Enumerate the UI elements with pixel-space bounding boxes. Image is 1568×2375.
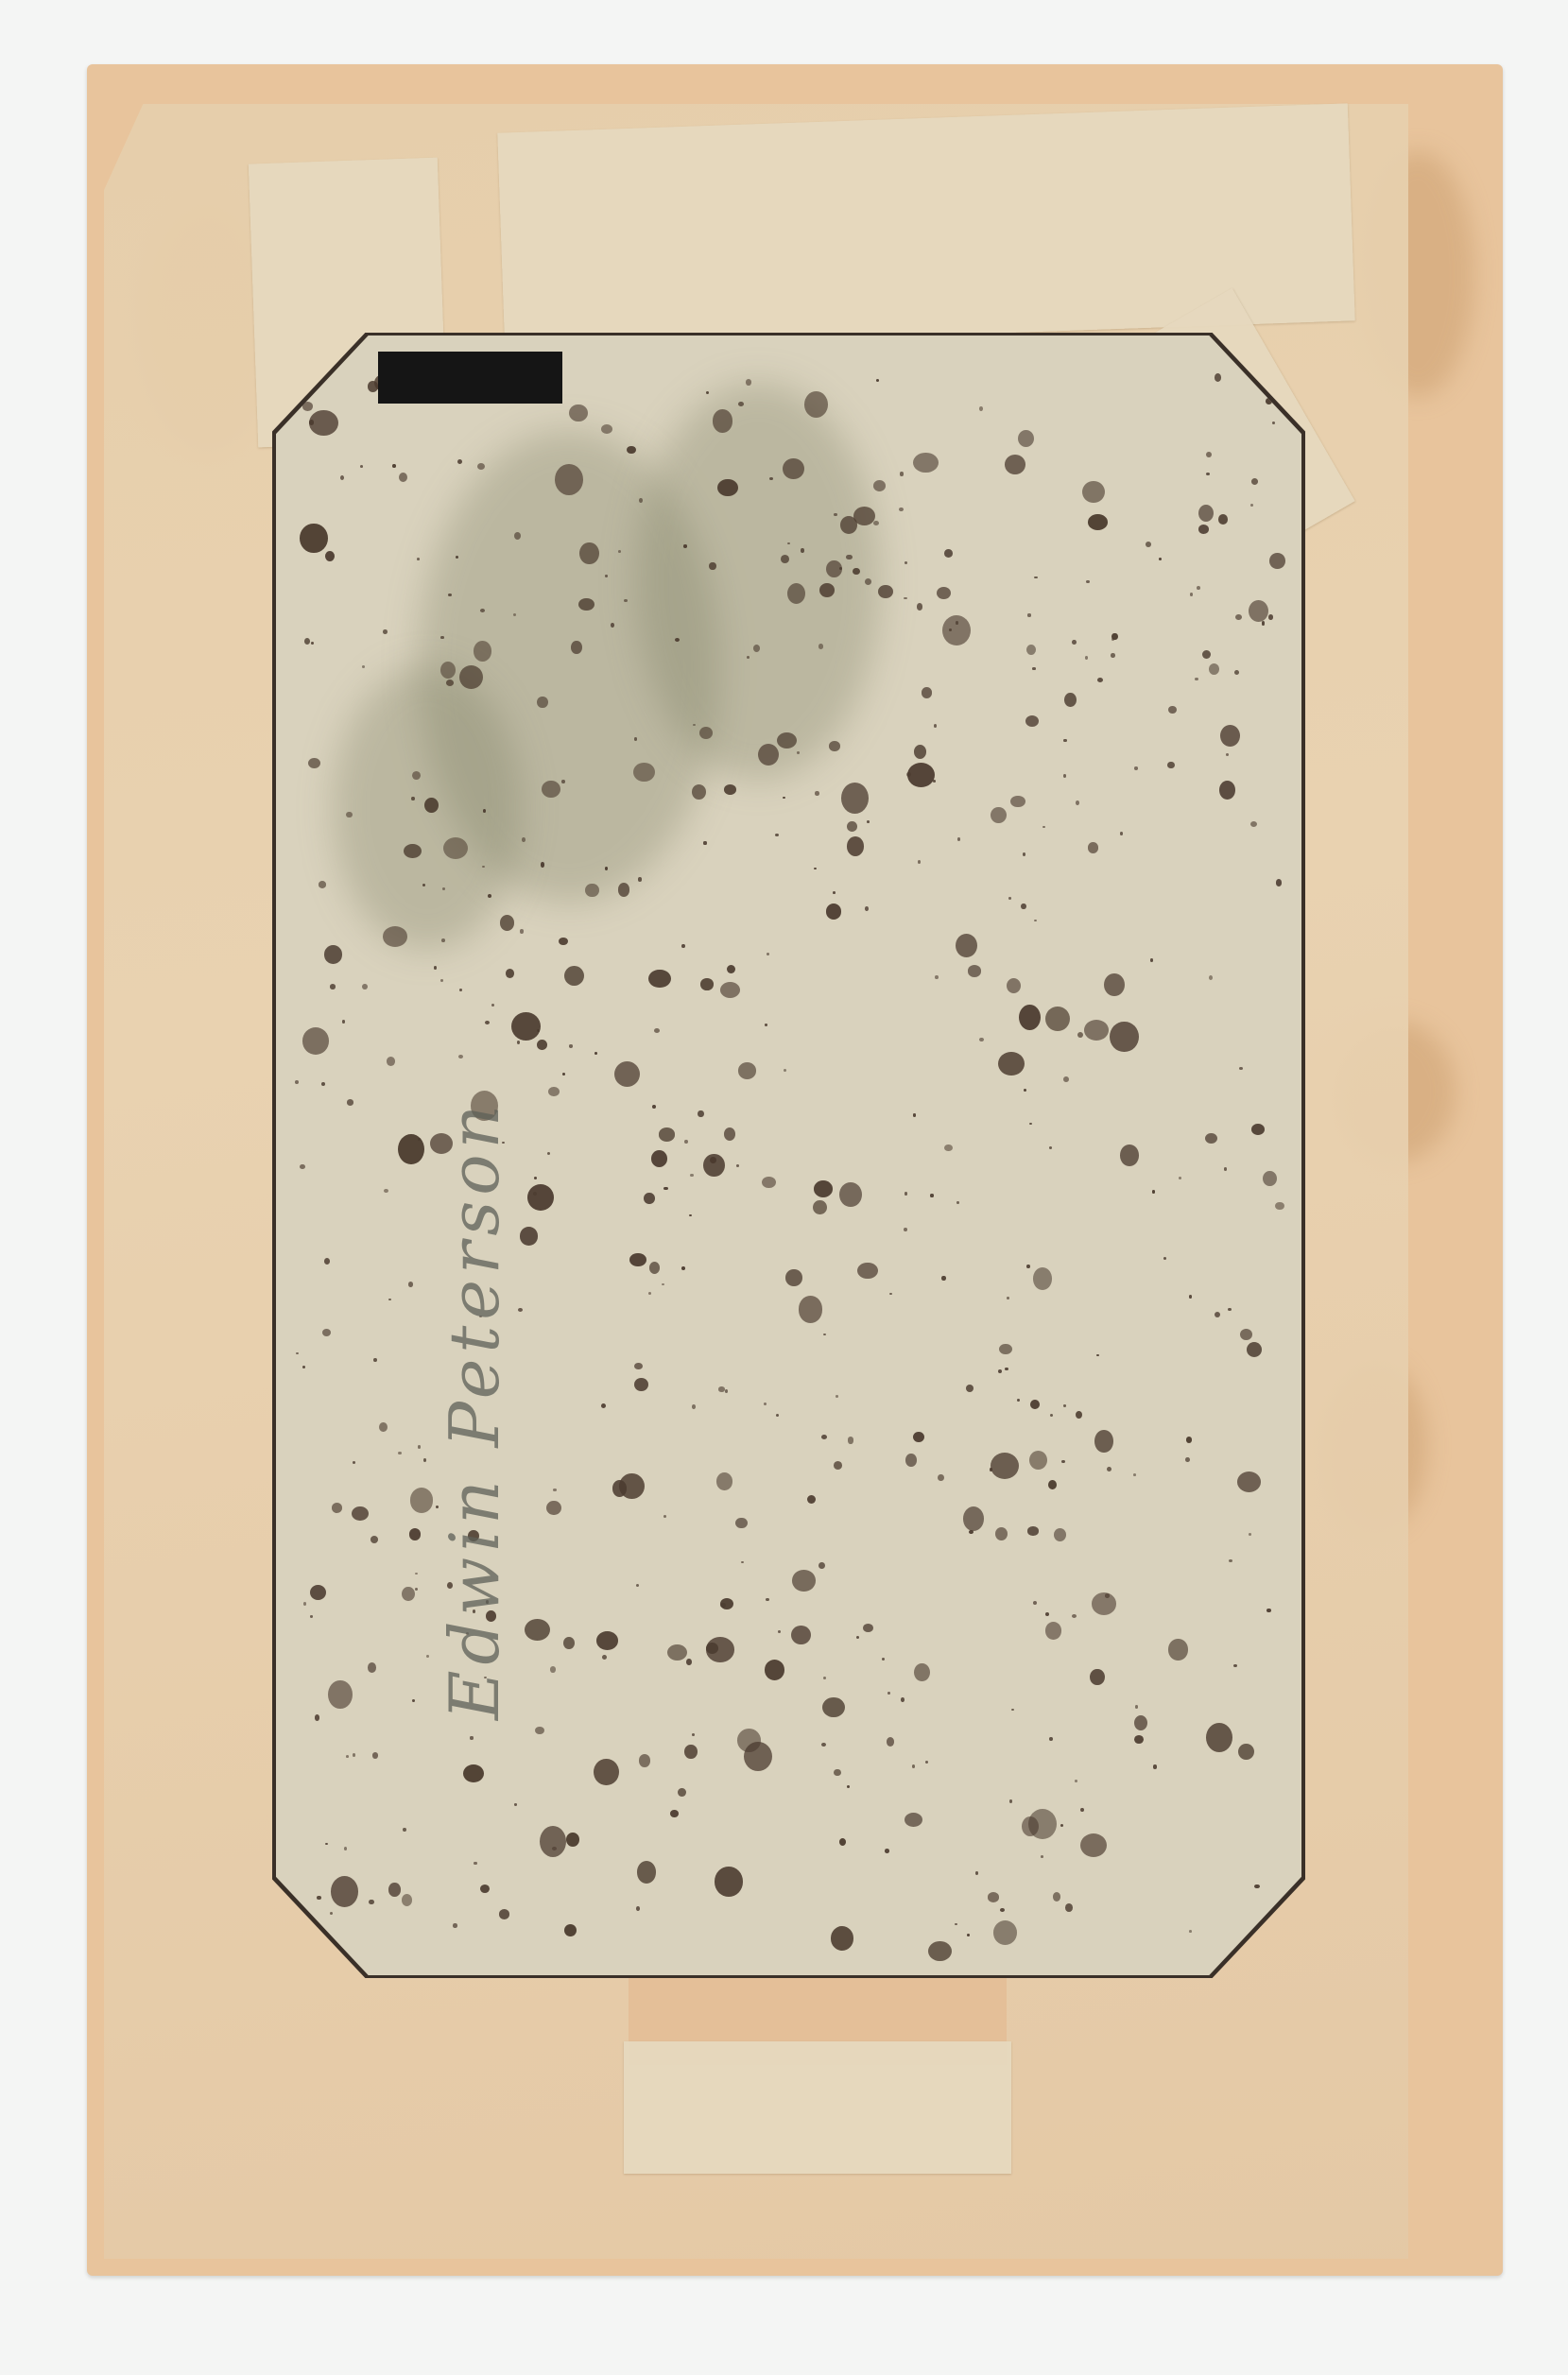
- foxing-spot: [1045, 1622, 1061, 1640]
- foxing-spot: [857, 1263, 878, 1280]
- foxing-spot: [1033, 1267, 1052, 1289]
- foxing-spot: [1150, 958, 1153, 961]
- foxing-spot: [663, 1187, 667, 1191]
- foxing-spot: [819, 583, 835, 597]
- foxing-spot: [670, 1810, 679, 1817]
- foxing-spot: [1186, 1437, 1192, 1442]
- tape-strip-bottom: [624, 2041, 1011, 2174]
- foxing-spot: [1026, 1265, 1029, 1268]
- foxing-spot: [404, 844, 421, 858]
- foxing-spot: [1063, 1076, 1069, 1082]
- photo-back: [276, 336, 1301, 1975]
- foxing-spot: [569, 1044, 573, 1047]
- foxing-spot: [686, 1659, 692, 1665]
- foxing-spot: [518, 1308, 523, 1312]
- foxing-spot: [562, 1073, 565, 1076]
- foxing-spot: [762, 1177, 777, 1189]
- foxing-spot: [1198, 505, 1214, 522]
- foxing-spot: [605, 575, 608, 577]
- foxing-spot: [1063, 774, 1066, 778]
- foxing-spot: [1034, 577, 1037, 579]
- foxing-spot: [922, 687, 933, 697]
- foxing-spot: [654, 1028, 660, 1033]
- foxing-spot: [1249, 600, 1268, 622]
- foxing-spot: [787, 583, 805, 604]
- foxing-spot: [834, 1461, 842, 1470]
- foxing-spot: [638, 877, 643, 882]
- foxing-spot: [410, 1488, 433, 1512]
- foxing-spot: [758, 744, 779, 766]
- foxing-spot: [325, 551, 335, 561]
- foxing-spot: [663, 1515, 666, 1518]
- foxing-spot: [324, 1258, 330, 1265]
- foxing-spot: [717, 479, 738, 497]
- foxing-spot: [737, 1729, 761, 1752]
- foxing-spot: [767, 953, 769, 955]
- foxing-spot: [308, 758, 320, 768]
- foxing-spot: [703, 841, 706, 844]
- foxing-spot: [905, 1813, 922, 1827]
- foxing-spot: [520, 1227, 539, 1246]
- foxing-spot: [942, 615, 971, 645]
- foxing-spot: [340, 475, 344, 480]
- foxing-spot: [569, 404, 588, 422]
- foxing-spot: [614, 1061, 640, 1087]
- foxing-spot: [876, 379, 880, 382]
- foxing-spot: [563, 1637, 575, 1649]
- foxing-spot: [1054, 1528, 1066, 1541]
- foxing-spot: [537, 697, 547, 708]
- foxing-spot: [930, 1194, 934, 1196]
- foxing-spot: [463, 1764, 485, 1783]
- foxing-spot: [957, 837, 960, 841]
- foxing-spot: [506, 969, 514, 978]
- foxing-spot: [1239, 1067, 1243, 1070]
- foxing-spot: [398, 1134, 424, 1164]
- foxing-spot: [1076, 800, 1080, 805]
- foxing-spot: [1092, 1592, 1116, 1615]
- foxing-spot: [1189, 1930, 1192, 1933]
- foxing-spot: [783, 458, 803, 479]
- foxing-spot: [418, 1445, 421, 1448]
- foxing-spot: [899, 508, 903, 511]
- foxing-spot: [792, 1570, 816, 1592]
- foxing-spot: [1005, 1368, 1008, 1370]
- foxing-spot: [814, 1180, 834, 1197]
- foxing-spot: [372, 1752, 379, 1759]
- foxing-spot: [1084, 1020, 1110, 1041]
- foxing-spot: [412, 1699, 415, 1702]
- foxing-spot: [403, 1828, 406, 1832]
- foxing-spot: [905, 1192, 907, 1196]
- foxing-spot: [300, 1164, 305, 1169]
- foxing-spot: [1076, 1411, 1082, 1419]
- foxing-spot: [388, 1883, 401, 1896]
- foxing-spot: [457, 459, 462, 464]
- foxing-spot: [1235, 614, 1242, 620]
- foxing-spot: [815, 791, 818, 795]
- foxing-spot: [1045, 1612, 1049, 1616]
- foxing-spot: [511, 1012, 541, 1041]
- foxing-spot: [867, 820, 870, 823]
- foxing-spot: [1085, 656, 1088, 659]
- foxing-spot: [1251, 478, 1258, 485]
- foxing-spot: [775, 834, 779, 836]
- foxing-spot: [692, 1404, 696, 1409]
- foxing-spot: [847, 1785, 850, 1788]
- foxing-spot: [741, 1561, 744, 1564]
- foxing-spot: [368, 1662, 376, 1673]
- foxing-spot: [829, 741, 840, 750]
- foxing-spot: [1027, 613, 1031, 616]
- foxing-spot: [648, 970, 671, 989]
- foxing-spot: [547, 1152, 550, 1155]
- foxing-spot: [1238, 1744, 1254, 1761]
- foxing-spot: [944, 549, 953, 558]
- foxing-spot: [1086, 580, 1089, 583]
- foxing-spot: [1088, 514, 1108, 530]
- foxing-spot: [1075, 1780, 1077, 1782]
- foxing-spot: [1097, 678, 1103, 682]
- foxing-spot: [571, 641, 581, 654]
- foxing-spot: [979, 406, 983, 411]
- foxing-spot: [409, 1528, 421, 1540]
- foxing-spot: [1064, 693, 1077, 707]
- foxing-spot: [384, 1189, 388, 1193]
- foxing-spot: [373, 1358, 377, 1362]
- foxing-spot: [822, 1697, 845, 1718]
- foxing-spot: [310, 1615, 313, 1617]
- foxing-spot: [1263, 1171, 1277, 1187]
- foxing-spot: [388, 1299, 391, 1301]
- foxing-spot: [1030, 1400, 1040, 1409]
- foxing-spot: [720, 1603, 726, 1608]
- foxing-spot: [1096, 1354, 1099, 1357]
- foxing-spot: [681, 944, 684, 948]
- foxing-spot: [678, 1788, 686, 1798]
- foxing-spot: [873, 521, 879, 525]
- foxing-spot: [934, 724, 937, 728]
- foxing-spot: [392, 464, 395, 468]
- pencil-inscription: Edwin Peterson: [435, 586, 491, 1720]
- foxing-spot: [415, 1588, 418, 1592]
- foxing-spot: [594, 1052, 597, 1055]
- foxing-spot: [873, 480, 886, 491]
- foxing-spot: [353, 1753, 355, 1757]
- foxing-spot: [423, 1458, 426, 1461]
- foxing-spot: [652, 1105, 656, 1109]
- foxing-spot: [913, 1432, 924, 1442]
- foxing-spot: [865, 906, 869, 911]
- foxing-spot: [979, 1038, 983, 1041]
- foxing-spot: [325, 1843, 328, 1846]
- foxing-spot: [310, 1585, 326, 1600]
- foxing-spot: [319, 881, 326, 887]
- foxing-spot: [1233, 1664, 1237, 1668]
- foxing-spot: [988, 1892, 999, 1902]
- foxing-spot: [527, 1184, 554, 1211]
- foxing-spot: [991, 1453, 1019, 1479]
- foxing-spot: [684, 1745, 697, 1759]
- foxing-spot: [823, 1677, 826, 1679]
- foxing-spot: [1077, 1032, 1083, 1038]
- foxing-spot: [684, 1140, 688, 1144]
- foxing-spot: [913, 1113, 917, 1116]
- foxing-spot: [634, 1363, 643, 1369]
- foxing-spot: [1088, 842, 1099, 853]
- foxing-spot: [330, 984, 336, 990]
- foxing-spot: [362, 665, 365, 668]
- foxing-spot: [1168, 706, 1177, 714]
- foxing-spot: [801, 548, 804, 552]
- foxing-spot: [904, 1228, 907, 1231]
- foxing-spot: [914, 1663, 930, 1682]
- foxing-spot: [724, 784, 736, 795]
- foxing-spot: [304, 638, 310, 645]
- foxing-spot: [853, 568, 860, 575]
- foxing-spot: [629, 1253, 646, 1266]
- foxing-spot: [328, 1680, 353, 1710]
- foxing-spot: [296, 1352, 299, 1355]
- foxing-spot: [839, 1838, 846, 1846]
- foxing-spot: [1234, 670, 1239, 675]
- foxing-spot: [1262, 621, 1266, 625]
- foxing-spot: [1028, 1809, 1057, 1839]
- foxing-spot: [315, 1714, 320, 1721]
- foxing-spot: [480, 1885, 490, 1893]
- foxing-spot: [1209, 975, 1213, 980]
- foxing-spot: [791, 1626, 811, 1644]
- foxing-spot: [692, 1733, 695, 1736]
- foxing-spot: [938, 1474, 944, 1481]
- foxing-spot: [402, 1587, 415, 1601]
- foxing-spot: [302, 1027, 329, 1055]
- foxing-spot: [709, 562, 715, 570]
- foxing-spot: [1206, 452, 1212, 457]
- foxing-spot: [1197, 586, 1200, 590]
- foxing-spot: [955, 1923, 957, 1926]
- foxing-spot: [706, 391, 709, 394]
- foxing-spot: [963, 1506, 984, 1531]
- foxing-spot: [1104, 973, 1125, 996]
- foxing-spot: [690, 1174, 693, 1177]
- foxing-spot: [470, 1736, 473, 1739]
- foxing-spot: [564, 1924, 577, 1937]
- foxing-spot: [700, 978, 713, 990]
- foxing-spot: [370, 1536, 378, 1543]
- foxing-spot: [834, 1769, 840, 1776]
- foxing-spot: [692, 784, 707, 800]
- foxing-spot: [1094, 1430, 1113, 1452]
- foxing-spot: [1134, 766, 1138, 769]
- foxing-spot: [956, 1201, 959, 1205]
- foxing-spot: [1226, 753, 1229, 756]
- foxing-spot: [1250, 821, 1257, 827]
- foxing-spot: [383, 629, 388, 634]
- foxing-spot: [1218, 514, 1228, 525]
- foxing-spot: [944, 1144, 953, 1151]
- foxing-spot: [585, 884, 599, 898]
- foxing-spot: [1065, 1903, 1073, 1912]
- foxing-spot: [966, 1385, 974, 1392]
- foxing-spot: [402, 1894, 412, 1906]
- foxing-spot: [500, 915, 514, 931]
- foxing-spot: [1266, 1609, 1270, 1612]
- foxing-spot: [542, 781, 560, 798]
- foxing-spot: [1026, 645, 1036, 655]
- foxing-spot: [928, 1941, 952, 1961]
- foxing-spot: [342, 1020, 345, 1023]
- foxing-spot: [1032, 667, 1035, 670]
- foxing-spot: [1134, 1715, 1147, 1730]
- foxing-spot: [1249, 1533, 1251, 1536]
- foxing-spot: [662, 1283, 664, 1285]
- foxing-spot: [747, 656, 750, 659]
- foxing-spot: [1029, 1451, 1047, 1470]
- foxing-spot: [804, 391, 828, 418]
- foxing-spot: [520, 929, 524, 933]
- foxing-spot: [535, 1727, 544, 1734]
- foxing-spot: [913, 453, 939, 473]
- foxing-spot: [826, 904, 841, 919]
- foxing-spot: [1000, 1908, 1005, 1912]
- foxing-spot: [594, 1759, 619, 1786]
- foxing-spot: [1033, 1601, 1038, 1606]
- foxing-spot: [1206, 1723, 1232, 1752]
- foxing-spot: [453, 1923, 457, 1927]
- foxing-spot: [344, 1847, 347, 1850]
- foxing-spot: [636, 1906, 640, 1911]
- foxing-spot: [387, 1057, 395, 1066]
- foxing-spot: [1198, 525, 1209, 534]
- foxing-spot: [546, 1501, 561, 1515]
- foxing-spot: [566, 1833, 579, 1847]
- foxing-spot: [706, 1643, 718, 1654]
- foxing-spot: [1025, 715, 1039, 727]
- foxing-spot: [1202, 650, 1211, 660]
- foxing-spot: [720, 982, 740, 998]
- foxing-spot: [840, 516, 857, 534]
- foxing-spot: [322, 1329, 331, 1336]
- foxing-spot: [1072, 640, 1077, 645]
- foxing-spot: [417, 558, 421, 560]
- foxing-spot: [324, 945, 343, 964]
- foxing-spot: [456, 556, 458, 559]
- foxing-spot: [633, 763, 655, 782]
- foxing-spot: [1224, 1167, 1227, 1170]
- foxing-spot: [1185, 1457, 1190, 1462]
- foxing-spot: [360, 465, 364, 469]
- foxing-spot: [856, 1636, 859, 1639]
- foxing-spot: [540, 1826, 566, 1857]
- foxing-spot: [807, 1495, 816, 1505]
- foxing-spot: [295, 1080, 299, 1084]
- foxing-spot: [1153, 1764, 1157, 1769]
- foxing-spot: [914, 745, 926, 759]
- foxing-spot: [346, 1755, 349, 1758]
- foxing-spot: [651, 1150, 667, 1167]
- foxing-spot: [821, 1435, 827, 1439]
- foxing-spot: [1110, 1022, 1138, 1052]
- foxing-spot: [681, 1266, 685, 1270]
- water-stain: [635, 383, 881, 780]
- foxing-spot: [765, 1024, 767, 1025]
- foxing-spot: [601, 424, 612, 434]
- foxing-spot: [1011, 1709, 1014, 1711]
- foxing-spot: [634, 737, 638, 741]
- foxing-spot: [785, 1269, 802, 1285]
- foxing-spot: [379, 1422, 388, 1432]
- foxing-spot: [596, 1631, 619, 1650]
- foxing-spot: [303, 1602, 306, 1605]
- foxing-spot: [918, 860, 921, 864]
- foxing-spot: [1009, 1799, 1012, 1803]
- foxing-spot: [781, 555, 789, 563]
- foxing-spot: [941, 1276, 945, 1281]
- foxing-spot: [418, 1138, 421, 1141]
- foxing-spot: [715, 1867, 743, 1896]
- foxing-spot: [648, 1292, 651, 1295]
- foxing-spot: [411, 797, 414, 800]
- foxing-spot: [1269, 553, 1285, 568]
- foxing-spot: [968, 965, 982, 976]
- foxing-spot: [998, 1369, 1002, 1373]
- foxing-spot: [1107, 1467, 1111, 1471]
- foxing-spot: [362, 984, 368, 990]
- foxing-spot: [1029, 1123, 1032, 1126]
- foxing-spot: [1167, 762, 1175, 768]
- foxing-spot: [1215, 373, 1221, 381]
- foxing-spot: [553, 1489, 556, 1491]
- foxing-spot: [1049, 1737, 1053, 1741]
- foxing-spot: [917, 603, 923, 611]
- foxing-spot: [1027, 1526, 1038, 1536]
- foxing-spot: [863, 1624, 873, 1632]
- foxing-spot: [689, 1214, 692, 1217]
- foxing-spot: [1272, 422, 1275, 424]
- foxing-spot: [1050, 1414, 1053, 1417]
- foxing-spot: [882, 1658, 885, 1661]
- foxing-spot: [634, 1378, 648, 1391]
- foxing-spot: [975, 1871, 979, 1875]
- foxing-spot: [753, 645, 761, 652]
- foxing-spot: [559, 938, 568, 946]
- foxing-spot: [1080, 1808, 1084, 1813]
- foxing-spot: [415, 1573, 418, 1575]
- foxing-spot: [1053, 1892, 1061, 1902]
- foxing-spot: [522, 837, 526, 842]
- foxing-spot: [347, 1099, 353, 1105]
- foxing-spot: [784, 1069, 786, 1072]
- foxing-spot: [1146, 542, 1151, 547]
- foxing-spot: [746, 379, 751, 386]
- foxing-spot: [644, 1193, 654, 1204]
- foxing-spot: [1189, 1295, 1193, 1299]
- foxing-spot: [346, 812, 352, 817]
- foxing-spot: [649, 1262, 661, 1274]
- foxing-spot: [683, 544, 687, 547]
- foxing-spot: [1163, 1257, 1166, 1260]
- foxing-spot: [799, 1296, 823, 1323]
- foxing-spot: [302, 1366, 305, 1368]
- foxing-spot: [995, 1527, 1008, 1541]
- foxing-spot: [1090, 1669, 1105, 1685]
- foxing-spot: [698, 1110, 703, 1117]
- foxing-spot: [426, 1655, 429, 1658]
- foxing-spot: [887, 1692, 890, 1695]
- foxing-spot: [1152, 1190, 1156, 1193]
- foxing-spot: [541, 862, 545, 867]
